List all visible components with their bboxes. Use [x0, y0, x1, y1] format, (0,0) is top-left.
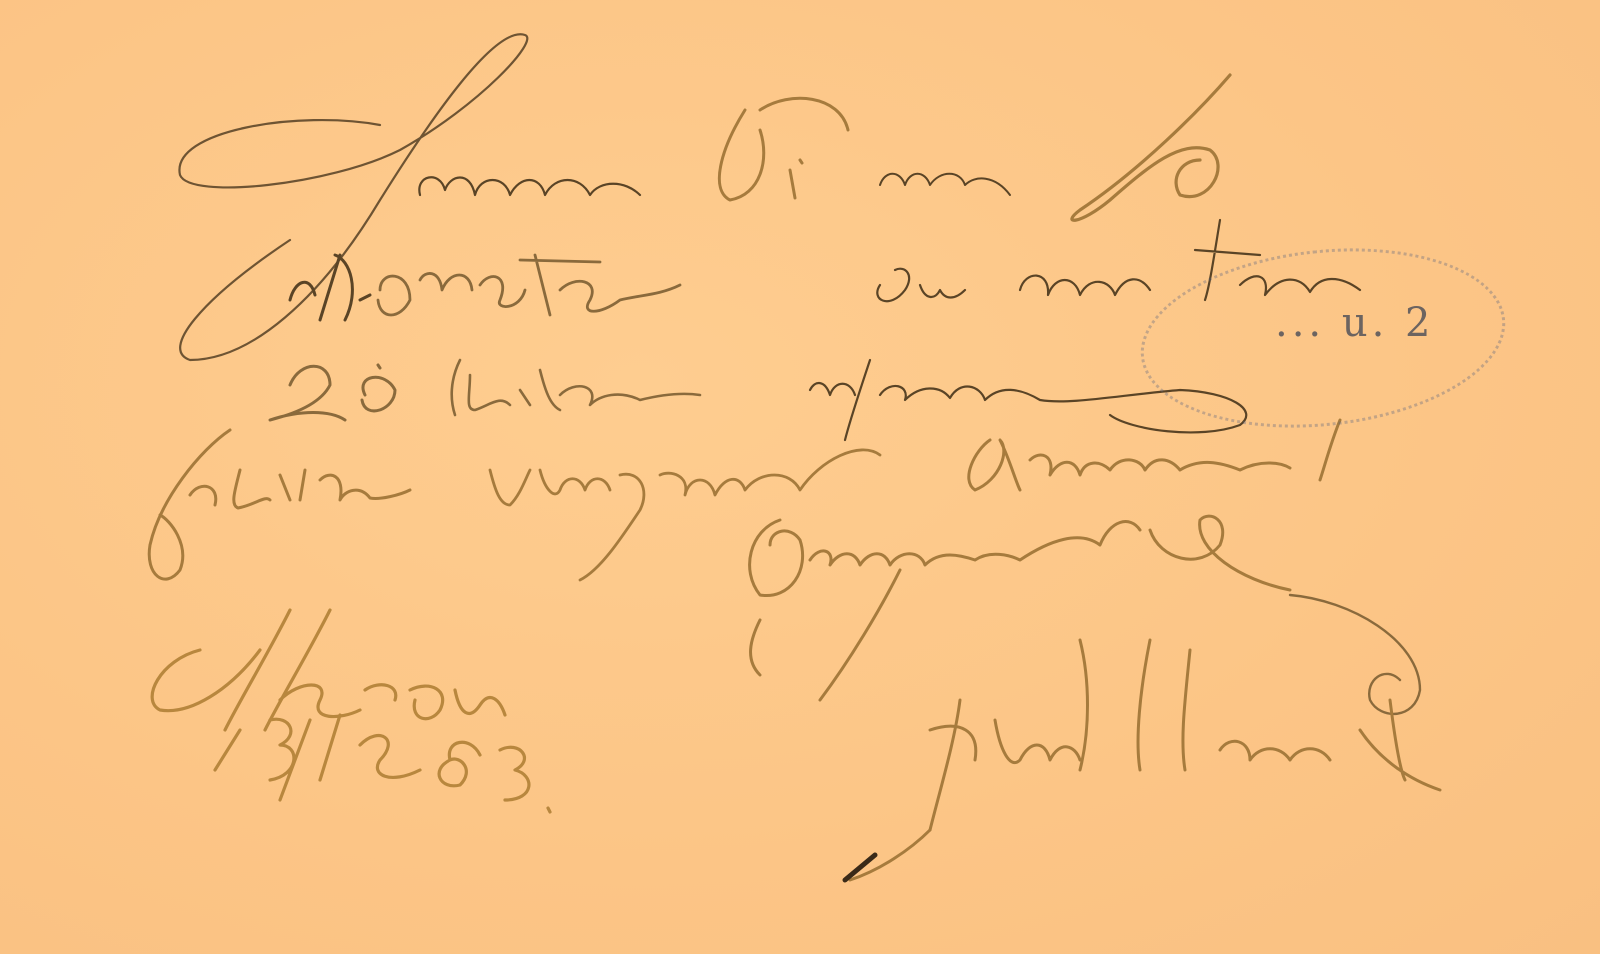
- postcard: ... u. 2 Haben Sie nur H. H. Amster die …: [0, 0, 1600, 954]
- postmark-fragment: ... u. 2: [1275, 300, 1435, 346]
